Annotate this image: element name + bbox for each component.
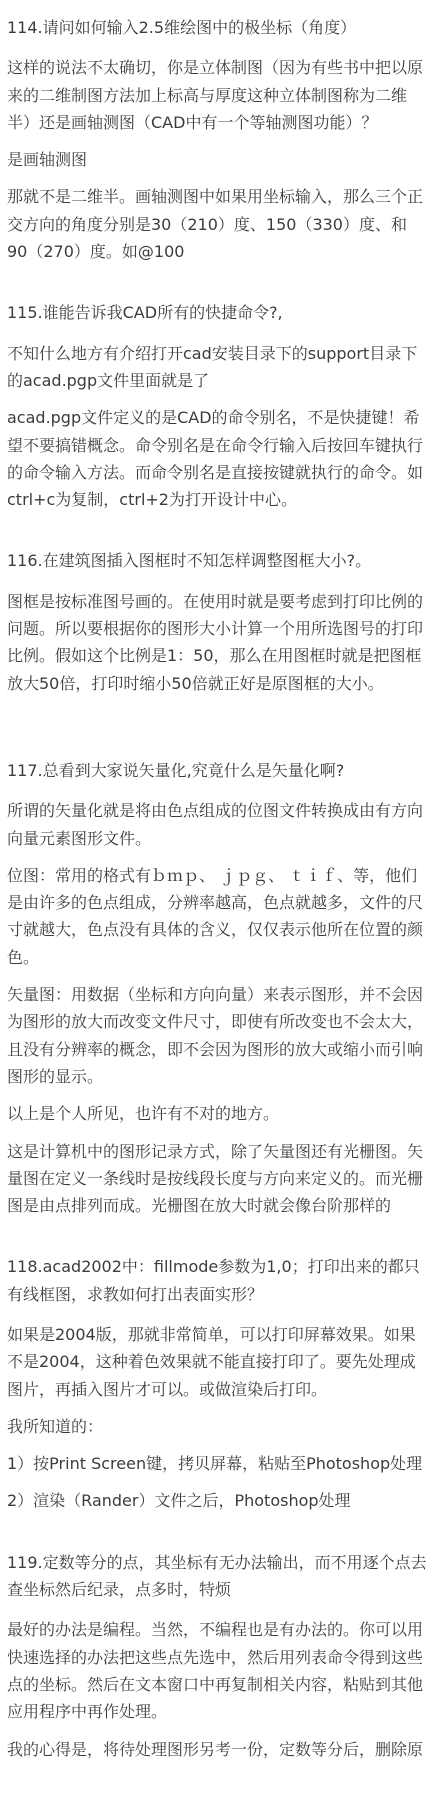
qa-section-119: 119.定数等分的点，其坐标有无办法输出，而不用逐个点去查坐标然后纪录，点多时，… xyxy=(7,1549,427,1763)
qa-section-115: 115.谁能告诉我CAD所有的快捷命令?, 不知什么地方有介绍打开cad安装目录… xyxy=(7,299,427,513)
answer-paragraph: 是画轴测图 xyxy=(7,146,427,173)
answer-paragraph: 这样的说法不太确切，你是立体制图（因为有些书中把以原来的二维制图方法加上标高与厚… xyxy=(7,54,427,136)
answer-paragraph: 我所知道的： xyxy=(7,1413,427,1440)
qa-section-118: 118.acad2002中：fillmode参数为1,0；打印出来的都只有线框图… xyxy=(7,1253,427,1514)
answer-paragraph: 那就不是二维半。画轴测图中如果用坐标输入，那么三个正交方向的角度分别是30（21… xyxy=(7,183,427,265)
document: 114.请问如何输入2.5维绘图中的极坐标（角度） 这样的说法不太确切，你是立体… xyxy=(0,0,431,1763)
question-heading: 118.acad2002中：fillmode参数为1,0；打印出来的都只有线框图… xyxy=(7,1253,427,1308)
answer-paragraph: acad.pgp文件定义的是CAD的命令别名，不是快捷键！希望不要搞错概念。命令… xyxy=(7,404,427,513)
answer-paragraph: 矢量图：用数据（坐标和方向向量）来表示图形，并不会因为图形的放大而改变文件尺寸，… xyxy=(7,981,427,1090)
answer-paragraph: 我的心得是，将待处理图形另考一份，定数等分后，删除原 xyxy=(7,1736,427,1763)
answer-paragraph: 所谓的矢量化就是将由色点组成的位图文件转换成由有方向向量元素图形文件。 xyxy=(7,797,427,852)
question-heading: 115.谁能告诉我CAD所有的快捷命令?, xyxy=(7,299,427,326)
question-heading: 114.请问如何输入2.5维绘图中的极坐标（角度） xyxy=(7,14,427,41)
question-heading: 119.定数等分的点，其坐标有无办法输出，而不用逐个点去查坐标然后纪录，点多时，… xyxy=(7,1549,427,1604)
answer-paragraph: 这是计算机中的图形记录方式，除了矢量图还有光栅图。矢量图在定义一条线时是按线段长… xyxy=(7,1138,427,1220)
answer-paragraph: 以上是个人所见，也许有不对的地方。 xyxy=(7,1100,427,1127)
answer-list-item: 2）渲染（Rander）文件之后，Photoshop处理 xyxy=(7,1487,427,1514)
answer-paragraph: 最好的办法是编程。当然，不编程也是有办法的。你可以用快速选择的办法把这些点先选中… xyxy=(7,1616,427,1725)
qa-section-117: 117.总看到大家说矢量化,究竟什么是矢量化啊? 所谓的矢量化就是将由色点组成的… xyxy=(7,757,427,1219)
question-heading: 117.总看到大家说矢量化,究竟什么是矢量化啊? xyxy=(7,757,427,784)
answer-paragraph: 不知什么地方有介绍打开cad安装目录下的support目录下的acad.pgp文… xyxy=(7,340,427,395)
answer-paragraph: 图框是按标准图号画的。在使用时就是要考虑到打印比例的问题。所以要根据你的图形大小… xyxy=(7,588,427,697)
qa-section-114: 114.请问如何输入2.5维绘图中的极坐标（角度） 这样的说法不太确切，你是立体… xyxy=(7,14,427,265)
qa-section-116: 116.在建筑图插入图框时不知怎样调整图框大小?。 图框是按标准图号画的。在使用… xyxy=(7,547,427,696)
answer-list-item: 1）按Print Screen键，拷贝屏幕，粘贴至Photoshop处理 xyxy=(7,1450,427,1477)
answer-paragraph: 位图：常用的格式有ｂｍｐ、 ｊｐｇ、 ｔｉｆ、等，他们是由许多的色点组成，分辨率… xyxy=(7,862,427,971)
answer-paragraph: 如果是2004版，那就非常简单，可以打印屏幕效果。如果不是2004，这种着色效果… xyxy=(7,1321,427,1403)
question-heading: 116.在建筑图插入图框时不知怎样调整图框大小?。 xyxy=(7,547,427,574)
